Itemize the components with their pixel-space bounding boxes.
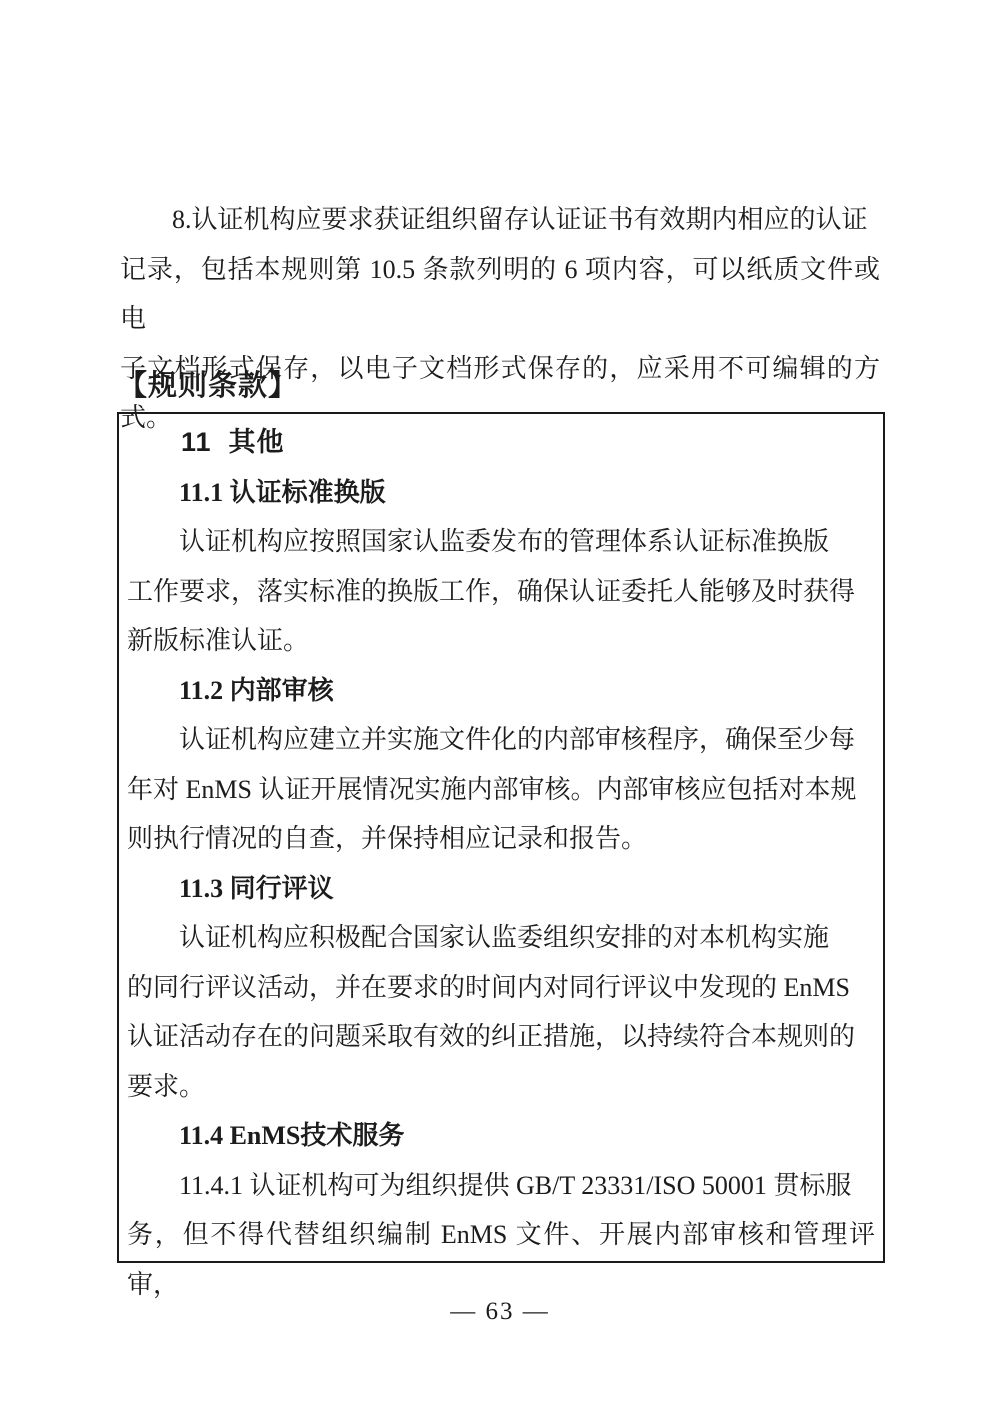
section-11-1: 11.1 认证标准换版 认证机构应按照国家认监委发布的管理体系认证标准换版 工作…	[127, 468, 875, 666]
chapter-heading: 11 其他	[127, 418, 875, 468]
section-heading: 11.1 认证标准换版	[127, 468, 875, 518]
rules-clause-label: 【规则条款】	[118, 366, 298, 406]
section-11-2: 11.2 内部审核 认证机构应建立并实施文件化的内部审核程序，确保至少每 年对 …	[127, 666, 875, 864]
section-body: 认证机构应按照国家认监委发布的管理体系认证标准换版 工作要求，落实标准的换版工作…	[127, 517, 875, 666]
section-body: 认证机构应建立并实施文件化的内部审核程序，确保至少每 年对 EnMS 认证开展情…	[127, 715, 875, 864]
section-heading: 11.4 EnMS技术服务	[127, 1111, 875, 1161]
section-11-4: 11.4 EnMS技术服务 11.4.1 认证机构可为组织提供 GB/T 233…	[127, 1111, 875, 1309]
section-heading: 11.2 内部审核	[127, 666, 875, 716]
section-heading: 11.3 同行评议	[127, 864, 875, 914]
section-body: 11.4.1 认证机构可为组织提供 GB/T 23331/ISO 50001 贯…	[127, 1161, 875, 1310]
section-body: 认证机构应积极配合国家认监委组织安排的对本机构实施 的同行评议活动，并在要求的时…	[127, 913, 875, 1111]
rule-clause-box: 11 其他 11.1 认证标准换版 认证机构应按照国家认监委发布的管理体系认证标…	[117, 412, 885, 1263]
section-11-3: 11.3 同行评议 认证机构应积极配合国家认监委组织安排的对本机构实施 的同行评…	[127, 864, 875, 1112]
document-page: 8.认证机构应要求获证组织留存认证证书有效期内相应的认证 记录，包括本规则第 1…	[0, 0, 1000, 1414]
page-number: — 63 —	[0, 1295, 1000, 1329]
